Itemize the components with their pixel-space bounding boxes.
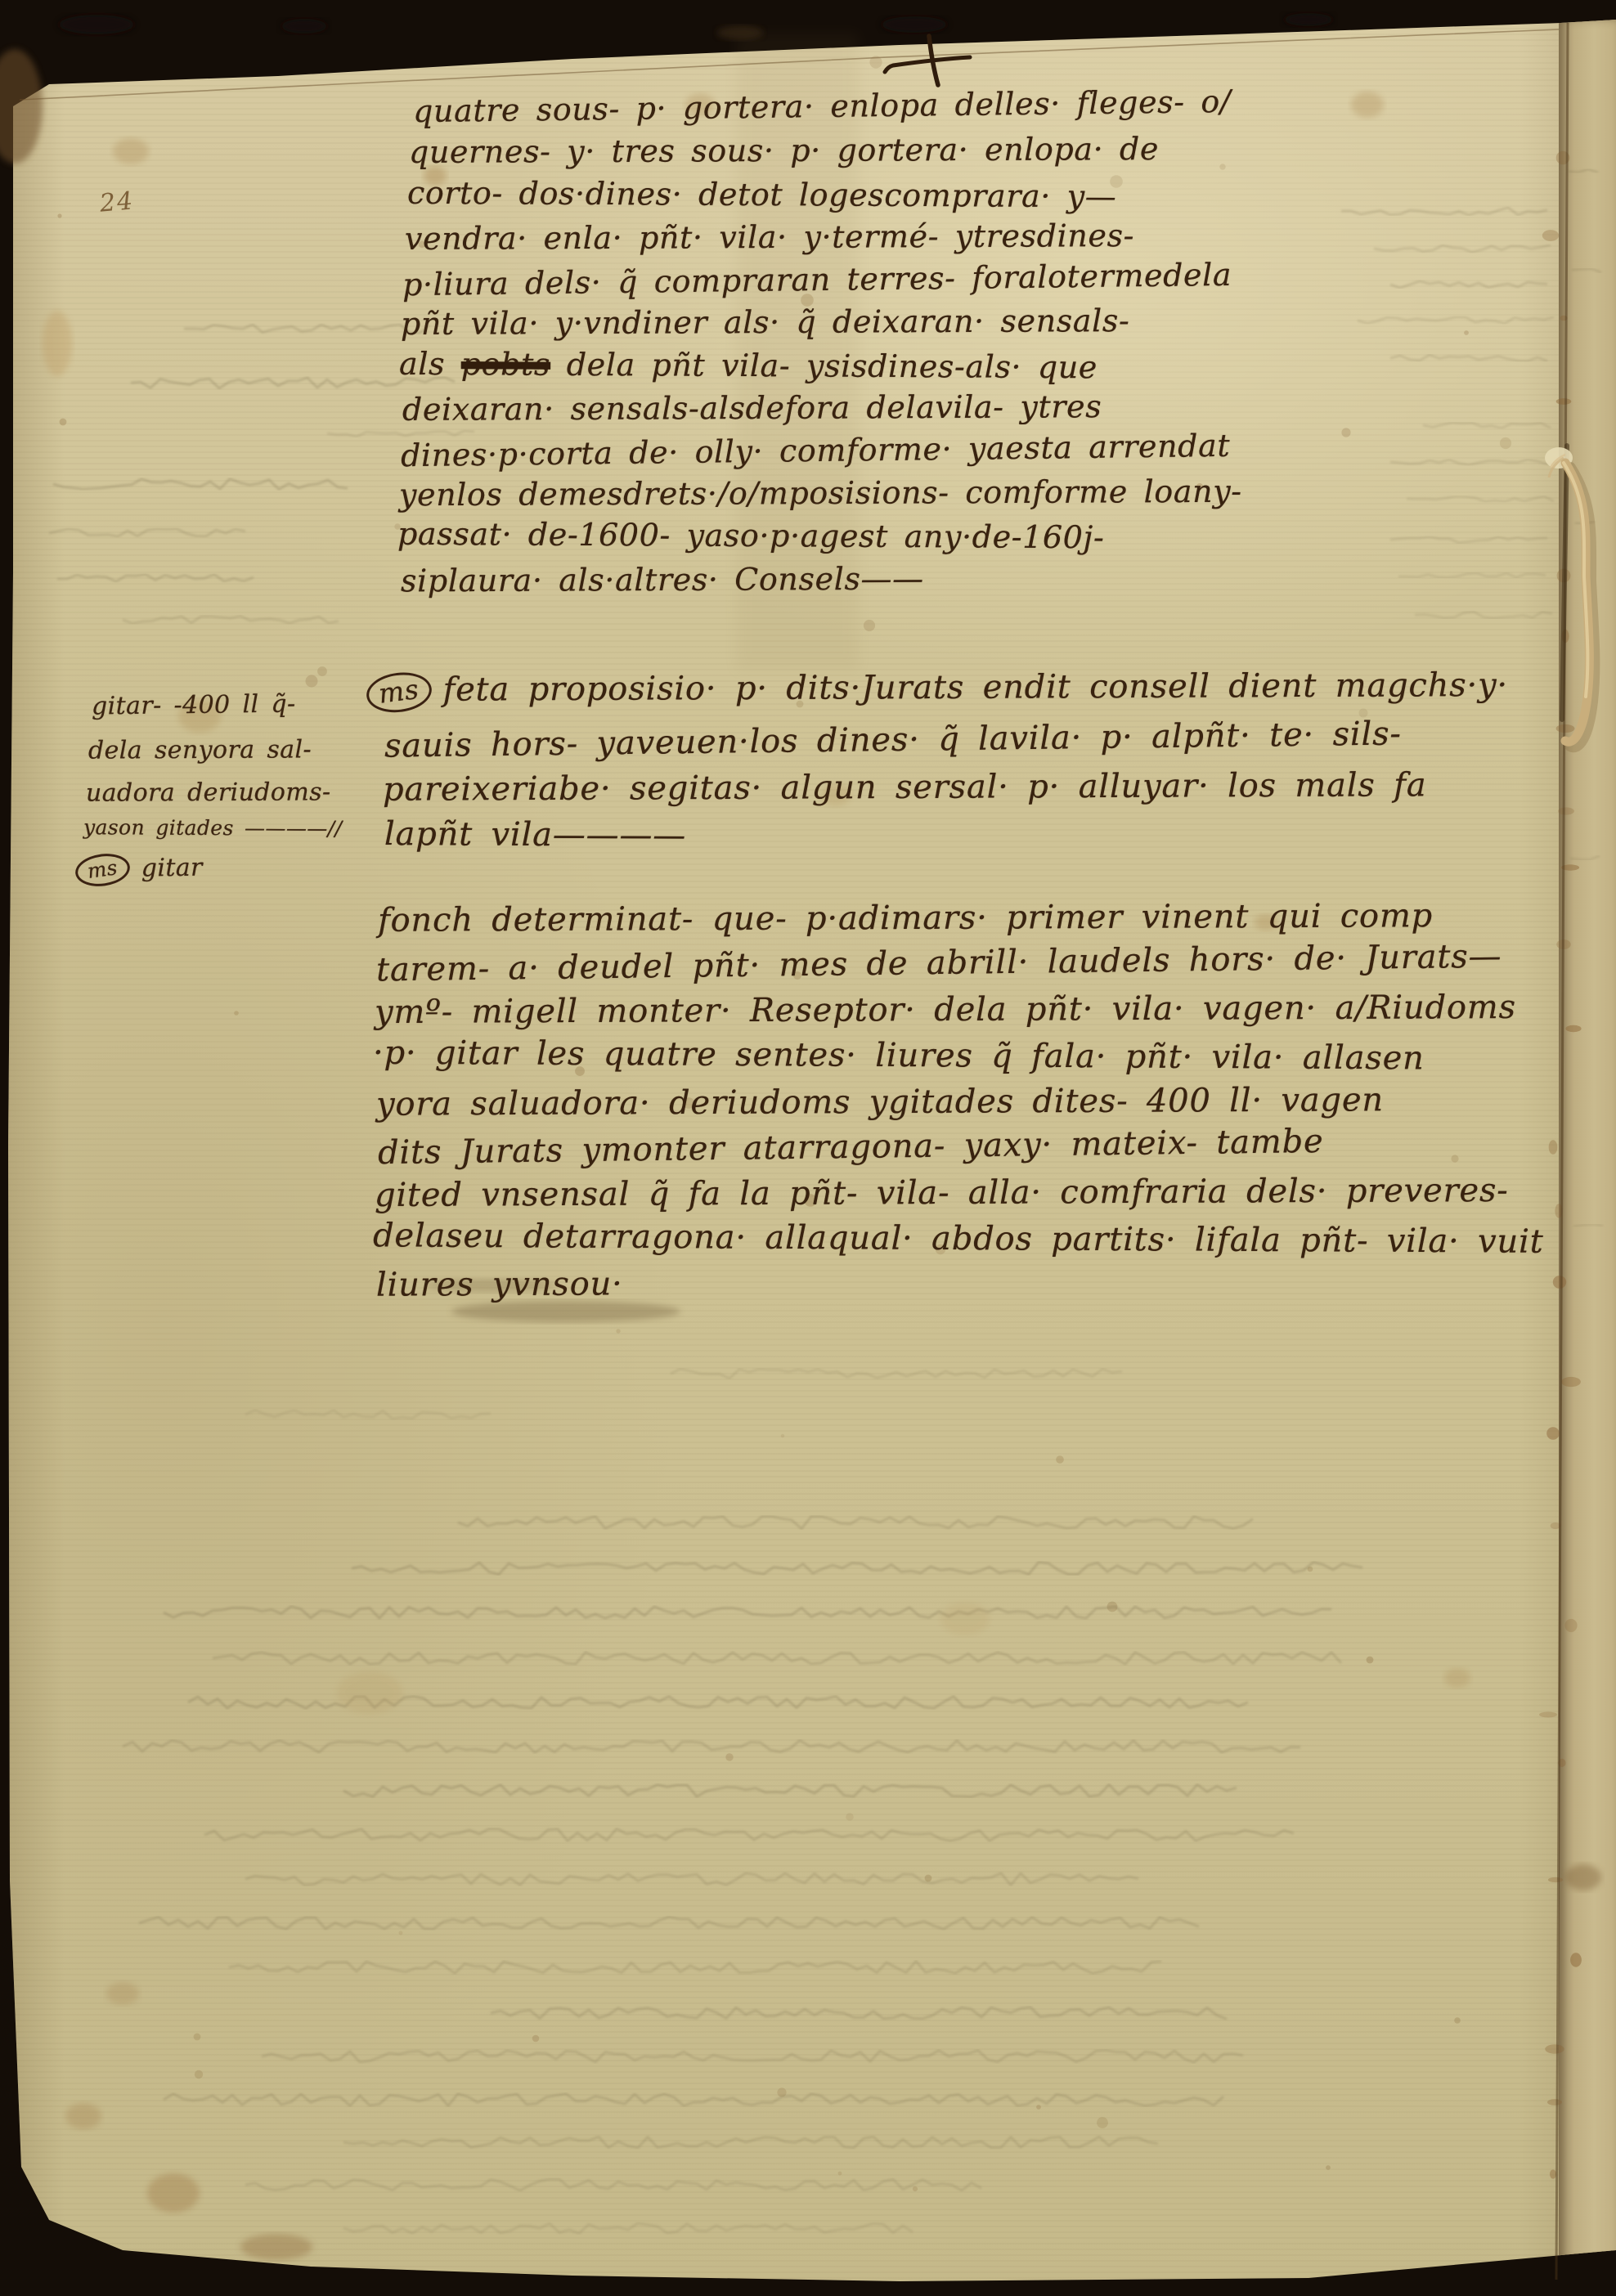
manuscript-line: quernes- y· tres sous· p· gortera· enlop… [409, 131, 1159, 170]
manuscript-line: gited vnsensal q̃ fa la pñt- vila- alla·… [375, 1172, 1509, 1214]
line-text: als [399, 346, 461, 382]
margin-note-line: yason gitades ————// [83, 815, 342, 841]
struck-word: pobts [461, 346, 551, 383]
manuscript-line: delaseu detarragona· allaqual· abdos par… [373, 1217, 1544, 1260]
manuscript-scan: 24 quatre sous- p· gortera· enlopa delle… [0, 0, 1616, 2296]
paraph-mark-icon: ms [364, 669, 433, 716]
manuscript-line: msfeta proposisio· p· dits·Jurats endit … [366, 666, 1508, 712]
manuscript-line: lapñt vila———— [384, 815, 686, 854]
margin-note-line: dela senyora sal- [88, 735, 312, 765]
manuscript-line: passat· de-1600- yaso·p·agest any·de-160… [397, 516, 1105, 556]
manuscript-line: yenlos demesdrets·/o/mposisions- comform… [399, 473, 1242, 513]
margin-note-word: gitar [141, 854, 204, 883]
paper-stain [1284, 13, 1333, 26]
manuscript-line: deixaran· sensals-alsdefora delavila- yt… [402, 388, 1102, 428]
manuscript-line: yora saluadora· deriudoms ygitades dites… [376, 1081, 1384, 1123]
line-text: feta proposisio· p· dits·Jurats endit co… [442, 666, 1508, 709]
margin-note-paraph-line: msgitar [75, 853, 203, 886]
manuscript-line: pareixeriabe· segitas· algun sersal· p· … [383, 766, 1427, 809]
margin-note-line: gitar- -400 ll q̃- [92, 689, 296, 720]
paper-stain [281, 19, 327, 34]
manuscript-line: siplaura· als·altres· Consels—— [401, 561, 924, 599]
manuscript-line: ·p· gitar les quatre sentes· liures q̃ f… [373, 1034, 1425, 1078]
binding-gutter [1559, 20, 1616, 2260]
manuscript-line: ymº- migell monter· Reseptor· dela pñt· … [375, 989, 1516, 1031]
line-text: dela pñt vila- ysisdines-als· que [550, 347, 1098, 386]
manuscript-line: pñt vila· y·vndiner als· q̃ deixaran· se… [401, 303, 1130, 342]
margin-note-line: uadora deriudoms- [86, 778, 331, 807]
paper-stain [717, 25, 763, 40]
manuscript-line: fonch determinat- que- p·adimars· primer… [378, 897, 1433, 939]
manuscript-line: liures yvnsou· [376, 1265, 623, 1303]
folio-number: 24 [99, 186, 136, 218]
paraph-mark-icon: ms [74, 850, 132, 890]
manuscript-line: vendra· enla· pñt· vila· y·termé- ytresd… [405, 217, 1134, 257]
manuscript-line-with-strikeout: als pobts dela pñt vila- ysisdines-als· … [399, 346, 1098, 385]
paper-stain [59, 15, 134, 34]
paper-stain [882, 16, 947, 33]
manuscript-line: corto- dos·dines· detot logescomprara· y… [407, 175, 1117, 215]
